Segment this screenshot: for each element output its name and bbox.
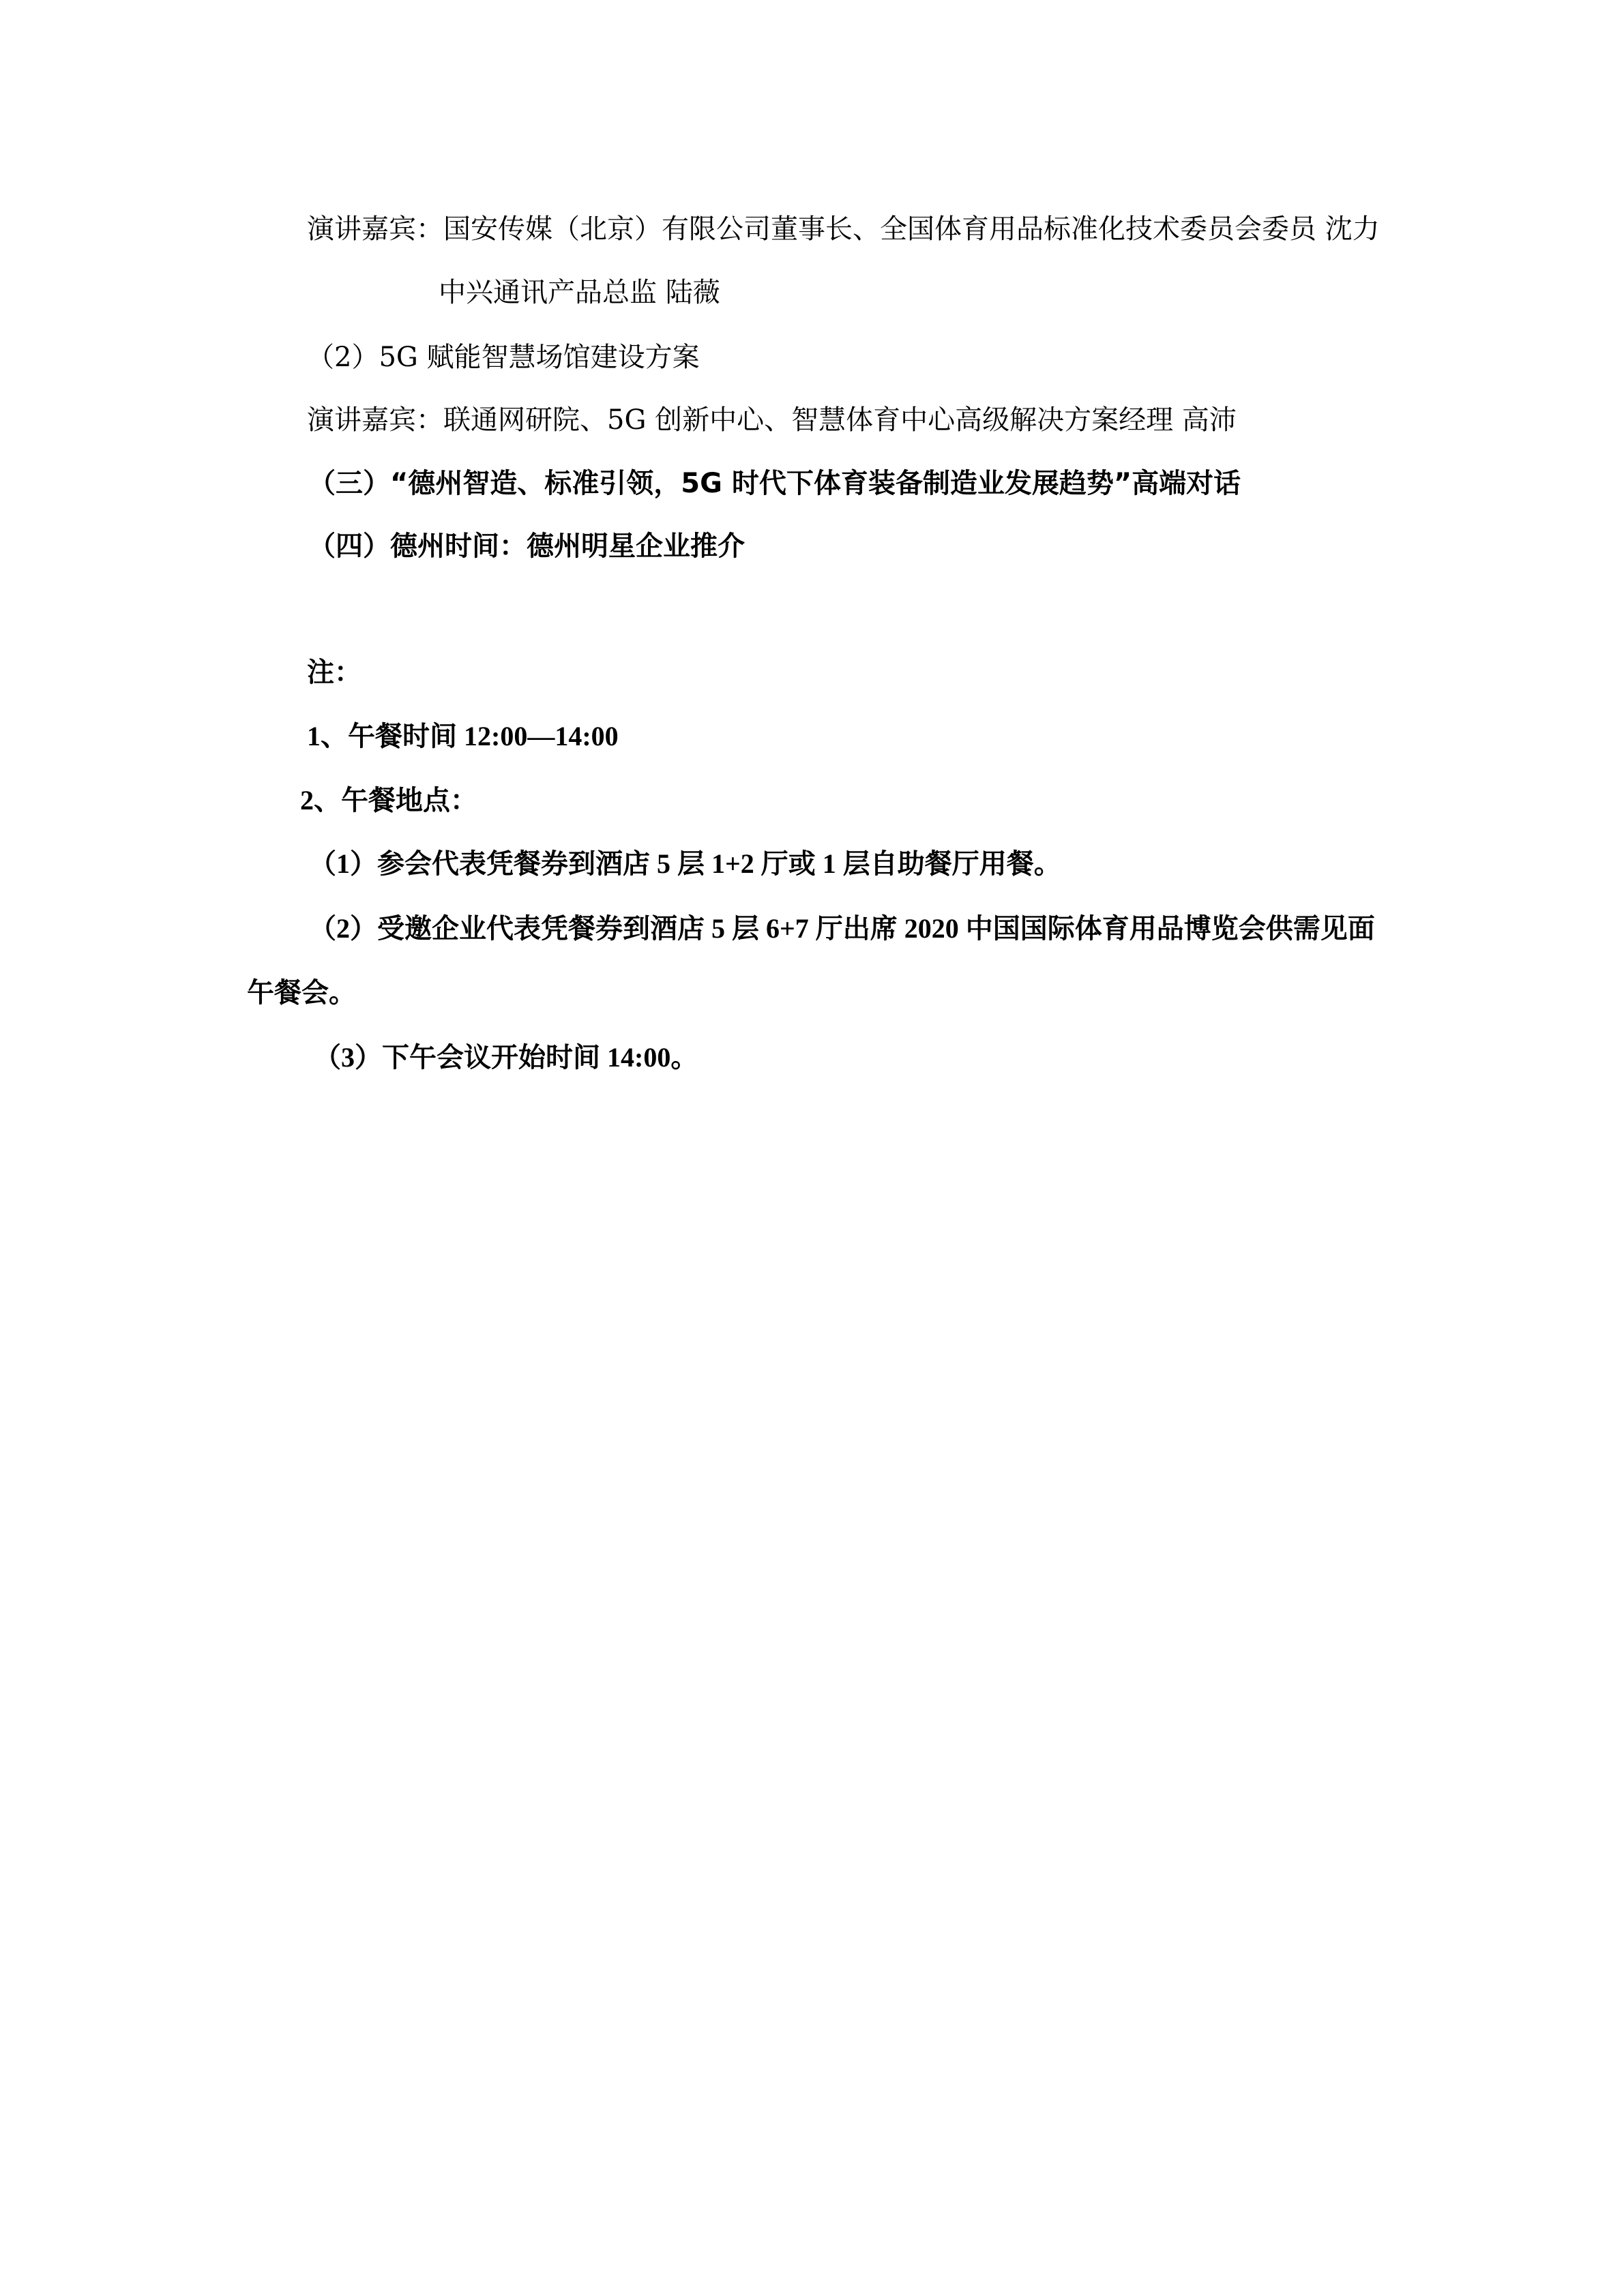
speaker-line-3: 演讲嘉宾：联通网研院、5G 创新中心、智慧体育中心高级解决方案经理 高沛 [307,404,1237,436]
speaker-text: 联通网研院、5G 创新中心、智慧体育中心高级解决方案经理 高沛 [443,404,1237,436]
notes-item-2: 2、午餐地点： [300,784,477,817]
speaker-label: 演讲嘉宾： [307,404,443,436]
speaker-line-1: 演讲嘉宾：国安传媒（北京）有限公司董事长、全国体育用品标准化技术委员会委员 沈力 [307,213,1380,245]
notes-sub-item-2: （2）受邀企业代表凭餐券到酒店 5 层 6+7 厅出席 2020 中国国际体育用… [309,912,1375,945]
agenda-item-2: （2）5G 赋能智慧场馆建设方案 [307,341,700,374]
notes-sub-item-3: （3）下午会议开始时间 14:00。 [314,1041,698,1074]
speaker-label: 演讲嘉宾： [307,213,443,245]
notes-sub-item-1: （1）参会代表凭餐券到酒店 5 层 1+2 厅或 1 层自助餐厅用餐。 [309,848,1061,880]
section-heading-4: （四）德州时间：德州明星企业推介 [308,530,745,563]
section-heading-3: （三）“德州智造、标准引领，5G 时代下体育装备制造业发展趋势”高端对话 [308,467,1241,500]
notes-heading: 注： [307,656,361,689]
speaker-line-2: 中兴通讯产品总监 陆薇 [439,276,720,309]
document-page: 演讲嘉宾：国安传媒（北京）有限公司董事长、全国体育用品标准化技术委员会委员 沈力… [0,0,1624,2296]
notes-item-1: 1、午餐时间 12:00—14:00 [307,720,619,753]
speaker-text: 国安传媒（北京）有限公司董事长、全国体育用品标准化技术委员会委员 沈力 [443,213,1380,245]
notes-sub-item-2-continued: 午餐会。 [247,976,356,1009]
